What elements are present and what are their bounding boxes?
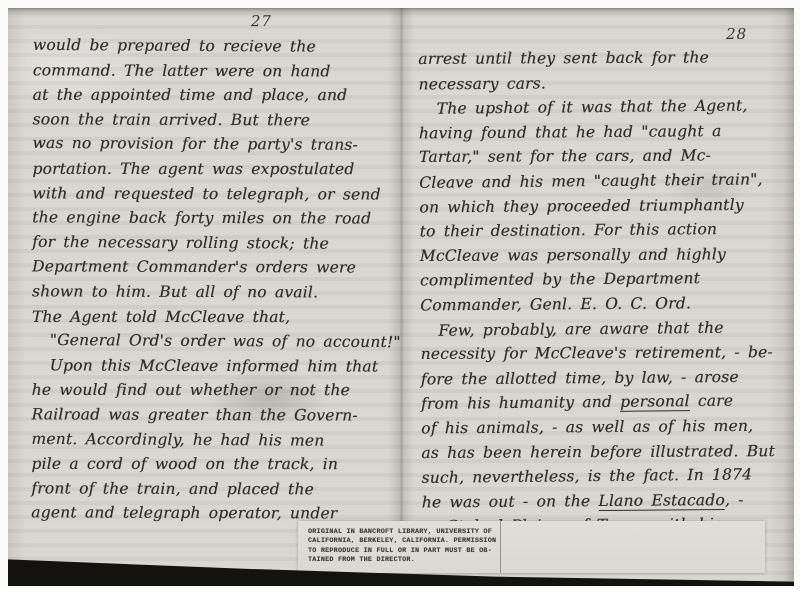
handwritten-line: he was out - on the Llano Estacado, - bbox=[422, 487, 790, 514]
line-segment: he was out - on the bbox=[422, 492, 599, 511]
line-segment: The Agent told McCleave that, bbox=[32, 307, 290, 325]
line-segment: command. The latter were on hand bbox=[33, 61, 331, 80]
handwritten-line: necessary cars. bbox=[418, 69, 786, 96]
line-segment: Department Commander's orders were bbox=[32, 258, 356, 277]
handwritten-line: McCleave was personally and highly bbox=[420, 242, 788, 269]
line-segment: the engine back forty miles on the road bbox=[32, 209, 371, 228]
handwritten-line: The upshot of it was that the Agent, bbox=[418, 93, 786, 121]
manuscript-scan: 27 would be prepared to recieve thecomma… bbox=[8, 8, 794, 586]
handwritten-line: as has been herein before illustrated. B… bbox=[421, 439, 789, 466]
line-segment: "General Ord's order was of no account!" bbox=[50, 331, 401, 351]
handwritten-line: complimented by the Department bbox=[420, 266, 788, 293]
manuscript-page-left: 27 would be prepared to recieve thecomma… bbox=[31, 19, 395, 526]
handwritten-line: to their destination. For this action bbox=[419, 217, 787, 244]
line-segment: soon the train arrived. But there bbox=[33, 110, 310, 129]
stamp-line: CALIFORNIA, BERKELEY, CALIFORNIA. PERMIS… bbox=[308, 537, 500, 546]
line-segment: to their destination. For this action bbox=[420, 220, 718, 240]
handwritten-line: he would find out whether or not the bbox=[32, 378, 394, 403]
line-segment: would be prepared to recieve the bbox=[33, 36, 316, 56]
handwritten-line: soon the train arrived. But there bbox=[32, 107, 394, 133]
handwritten-line: on which they proceeded triumphantly bbox=[419, 192, 787, 219]
handwritten-line: of his animals, - as well as of his men, bbox=[421, 413, 789, 440]
line-segment: on which they proceeded triumphantly bbox=[419, 195, 743, 216]
handwritten-line: Department Commander's orders were bbox=[32, 255, 394, 281]
handwritten-line: was no provision for the party's trans- bbox=[32, 131, 394, 158]
handwritten-line: would be prepared to recieve the bbox=[33, 33, 395, 60]
handwritten-line: having found that he had "caught a bbox=[419, 118, 787, 145]
handwritten-text-block: arrest until they sent back for theneces… bbox=[418, 45, 790, 540]
handwritten-line: Upon this McCleave informed him that bbox=[32, 353, 394, 379]
handwritten-line: Tartar," sent for the cars, and Mc- bbox=[419, 143, 787, 170]
handwritten-line: at the appointed time and place, and bbox=[33, 83, 395, 108]
line-segment: ment. Accordingly, he had his men bbox=[31, 429, 324, 449]
handwritten-line: Commander, Genl. E. O. C. Ord. bbox=[420, 290, 788, 317]
stamp-line: ORIGINAL IN BANCROFT LIBRARY, UNIVERSITY… bbox=[308, 528, 500, 537]
handwritten-line: ment. Accordingly, he had his men bbox=[31, 426, 393, 453]
line-segment: shown to him. But all of no avail. bbox=[32, 282, 318, 301]
line-segment: care bbox=[690, 392, 734, 410]
line-segment: Cleave and his men "caught their train", bbox=[419, 170, 763, 192]
line-segment: as has been herein before illustrated. B… bbox=[421, 442, 775, 462]
line-segment: he would find out whether or not the bbox=[32, 381, 350, 399]
handwritten-line: portation. The agent was expostulated bbox=[32, 157, 394, 182]
library-stamp: ORIGINAL IN BANCROFT LIBRARY, UNIVERSITY… bbox=[298, 521, 501, 573]
handwritten-line: front of the train, and placed the bbox=[31, 476, 393, 502]
line-segment: pile a cord of wood on the track, in bbox=[31, 455, 338, 473]
handwritten-line: shown to him. But all of no avail. bbox=[32, 279, 394, 305]
handwritten-line: Railroad was greater than the Govern- bbox=[31, 402, 393, 428]
line-segment: was no provision for the party's trans- bbox=[32, 134, 358, 154]
line-segment: necessity for McCleave's retirement, - b… bbox=[420, 343, 772, 363]
handwritten-line: from his humanity and personal care bbox=[421, 388, 789, 416]
underlined-word: Llano Estacado bbox=[598, 491, 725, 511]
line-segment: with and requested to telegraph, or send bbox=[32, 184, 380, 203]
line-segment: McCleave was personally and highly bbox=[420, 245, 726, 265]
line-segment: portation. The agent was expostulated bbox=[32, 160, 354, 178]
handwritten-text-block: would be prepared to recieve thecommand.… bbox=[31, 33, 395, 526]
line-segment: fore the allotted time, by law, - arose bbox=[421, 368, 739, 388]
line-segment: necessary cars. bbox=[418, 74, 546, 93]
line-segment: The upshot of it was that the Agent, bbox=[437, 97, 748, 118]
handwritten-line: fore the allotted time, by law, - arose bbox=[421, 364, 789, 391]
line-segment: Few, probably, are aware that the bbox=[438, 318, 723, 339]
line-segment: agent and telegraph operator, under bbox=[31, 504, 337, 523]
manuscript-page-right: 28 arrest until they sent back for thene… bbox=[418, 31, 790, 540]
line-segment: Tartar," sent for the cars, and Mc- bbox=[419, 147, 711, 167]
stamp-line: TO REPRODUCE IN FULL OR IN PART MUST BE … bbox=[308, 547, 500, 556]
line-segment: such, nevertheless, is the fact. In 1874 bbox=[421, 466, 752, 487]
line-segment: for the necessary rolling stock; the bbox=[32, 233, 329, 253]
handwritten-line: for the necessary rolling stock; the bbox=[32, 230, 394, 257]
line-segment: having found that he had "caught a bbox=[419, 122, 722, 142]
handwritten-line: Few, probably, are aware that the bbox=[420, 315, 788, 343]
line-segment: Commander, Genl. E. O. C. Ord. bbox=[420, 294, 691, 314]
handwritten-line: such, nevertheless, is the fact. In 1874 bbox=[421, 462, 789, 490]
page-number: 27 bbox=[251, 12, 272, 30]
handwritten-line: The Agent told McCleave that, bbox=[32, 304, 394, 329]
handwritten-line: pile a cord of wood on the track, in bbox=[31, 452, 393, 477]
handwritten-line: arrest until they sent back for the bbox=[418, 45, 786, 72]
handwritten-line: necessity for McCleave's retirement, - b… bbox=[420, 340, 788, 367]
line-segment: complimented by the Department bbox=[420, 270, 700, 290]
handwritten-line: the engine back forty miles on the road bbox=[32, 206, 394, 232]
handwritten-line: with and requested to telegraph, or send bbox=[32, 181, 394, 207]
line-segment: front of the train, and placed the bbox=[31, 479, 314, 498]
handwritten-line: "General Ord's order was of no account!" bbox=[32, 328, 394, 355]
line-segment: , - bbox=[725, 491, 744, 509]
handwritten-line: command. The latter were on hand bbox=[33, 58, 395, 84]
page-number: 28 bbox=[726, 25, 747, 43]
screenshot-root: 27 would be prepared to recieve thecomma… bbox=[0, 0, 800, 589]
stamp-line: TAINED FROM THE DIRECTOR. bbox=[308, 556, 500, 565]
handwritten-line: Cleave and his men "caught their train", bbox=[419, 167, 787, 195]
underlined-word: personal bbox=[620, 392, 690, 412]
line-segment: arrest until they sent back for the bbox=[418, 48, 709, 68]
line-segment: Upon this McCleave informed him that bbox=[50, 356, 379, 375]
line-segment: from his humanity and bbox=[421, 393, 620, 413]
line-segment: Railroad was greater than the Govern- bbox=[31, 405, 357, 424]
line-segment: of his animals, - as well as of his men, bbox=[421, 417, 753, 438]
line-segment: at the appointed time and place, and bbox=[33, 86, 348, 104]
